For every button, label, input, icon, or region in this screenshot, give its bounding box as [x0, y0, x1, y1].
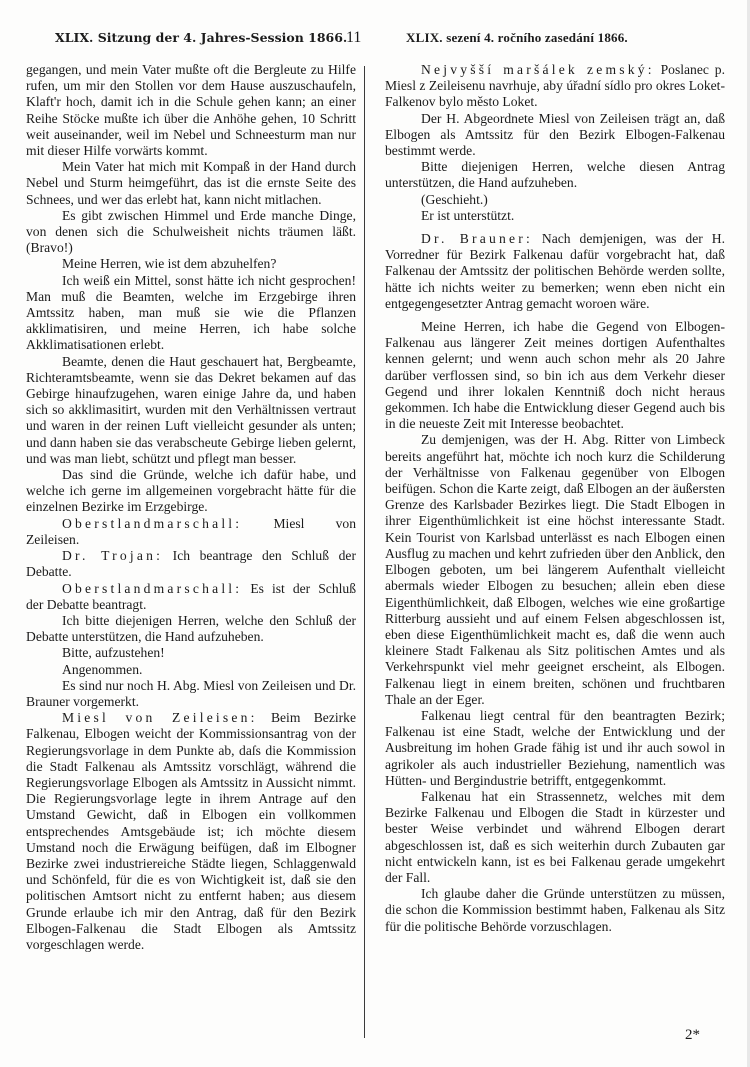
paragraph: Falkenau liegt central für den beantragt…	[385, 708, 725, 789]
paragraph-text: Es gibt zwischen Himmel und Erde manche …	[26, 208, 356, 255]
paragraph: Nejvyšší maršálek zemský: Poslanec p. Mi…	[385, 62, 725, 111]
paragraph: (Geschieht.)	[385, 192, 725, 208]
paragraph-text: Falkenau hat ein Strassennetz, welches m…	[385, 789, 725, 885]
speaker-name: Nejvyšší maršálek zemský:	[421, 62, 655, 77]
paragraph-text: Falkenau liegt central für den beantragt…	[385, 708, 725, 788]
speaker-name: Miesl von Zeileisen:	[62, 710, 258, 725]
paragraph-text: Meine Herren, ich habe die Gegend von El…	[385, 319, 725, 431]
paragraph-text: gegangen, und mein Vater mußte oft die B…	[26, 62, 356, 158]
paragraph-text: Ich glaube daher die Gründe unterstützen…	[385, 886, 725, 933]
speaker-name: Oberstlandmarschall:	[62, 516, 242, 531]
paragraph: Das sind die Gründe, welche ich dafür ha…	[26, 467, 356, 516]
paragraph: Der H. Abgeordnete Miesl von Zeileisen t…	[385, 111, 725, 160]
paragraph-text: Ich weiß ein Mittel, sonst hätte ich nic…	[26, 273, 356, 353]
paragraph: Mein Vater hat mich mit Kompaß in der Ha…	[26, 159, 356, 208]
paragraph-text: Meine Herren, wie ist dem abzuhelfen?	[62, 256, 276, 271]
paragraph-text: Zu demjenigen, was der H. Abg. Ritter vo…	[385, 432, 725, 706]
paragraph-text: Er ist unterstützt.	[421, 208, 514, 223]
paragraph-text: Bitte, aufzustehen!	[62, 645, 165, 660]
paragraph-text: Beamte, denen die Haut geschauert hat, B…	[26, 354, 356, 466]
paragraph: Beamte, denen die Haut geschauert hat, B…	[26, 354, 356, 467]
document-page: XLIX. Sitzung der 4. Jahres-Session 1866…	[0, 0, 750, 1067]
page-number: 11	[346, 29, 361, 47]
paragraph-text: Beim Bezirke Falkenau, Elbogen weicht de…	[26, 710, 356, 952]
left-column-german: gegangen, und mein Vater mußte oft die B…	[26, 62, 356, 953]
paragraph: Oberstlandmarschall: Miesl von Zeileisen…	[26, 516, 356, 548]
header-right-title: XLIX. sezení 4. ročního zasedání 1866.	[406, 30, 628, 46]
paragraph-text: Bitte diejenigen Herren, welche diesen A…	[385, 159, 725, 190]
paragraph: Angenommen.	[26, 662, 356, 678]
header-left-title: XLIX. Sitzung der 4. Jahres-Session 1866…	[55, 30, 347, 45]
paragraph: Meine Herren, wie ist dem abzuhelfen?	[26, 256, 356, 272]
paragraph: Oberstlandmarschall: Es ist der Schluß d…	[26, 581, 356, 613]
right-column-text: Nejvyšší maršálek zemský: Poslanec p. Mi…	[385, 62, 725, 935]
paragraph: Dr. Trojan: Ich beantrage den Schluß der…	[26, 548, 356, 580]
paragraph: Miesl von Zeileisen: Beim Bezirke Falken…	[26, 710, 356, 953]
paragraph: Es sind nur noch H. Abg. Miesl von Zeile…	[26, 678, 356, 710]
signature-mark: 2*	[685, 1027, 700, 1044]
paragraph-text: (Geschieht.)	[421, 192, 488, 207]
paragraph: Er ist unterstützt.	[385, 208, 725, 224]
column-divider	[364, 66, 365, 1038]
paragraph: Dr. Brauner: Nach demjenigen, was der H.…	[385, 231, 725, 312]
paragraph: gegangen, und mein Vater mußte oft die B…	[26, 62, 356, 159]
paragraph: Ich bitte diejenigen Herren, welche den …	[26, 613, 356, 645]
paragraph-text: Es sind nur noch H. Abg. Miesl von Zeile…	[26, 678, 356, 709]
paragraph-text: Der H. Abgeordnete Miesl von Zeileisen t…	[385, 111, 725, 158]
paragraph-text: Das sind die Gründe, welche ich dafür ha…	[26, 467, 356, 514]
speaker-name: Oberstlandmarschall:	[62, 581, 242, 596]
paragraph: Ich glaube daher die Gründe unterstützen…	[385, 886, 725, 935]
paragraph: Bitte, aufzustehen!	[26, 645, 356, 661]
paragraph: Es gibt zwischen Himmel und Erde manche …	[26, 208, 356, 257]
speaker-name: Dr. Brauner:	[421, 231, 533, 246]
paragraph: Bitte diejenigen Herren, welche diesen A…	[385, 159, 725, 191]
paragraph: Meine Herren, ich habe die Gegend von El…	[385, 319, 725, 432]
paragraph-text: Mein Vater hat mich mit Kompaß in der Ha…	[26, 159, 356, 206]
paragraph-text: Ich bitte diejenigen Herren, welche den …	[26, 613, 356, 644]
paragraph: Falkenau hat ein Strassennetz, welches m…	[385, 789, 725, 886]
paragraph-text: Angenommen.	[62, 662, 142, 677]
paragraph: Zu demjenigen, was der H. Abg. Ritter vo…	[385, 432, 725, 707]
paragraph: Ich weiß ein Mittel, sonst hätte ich nic…	[26, 273, 356, 354]
speaker-name: Dr. Trojan:	[62, 548, 163, 563]
